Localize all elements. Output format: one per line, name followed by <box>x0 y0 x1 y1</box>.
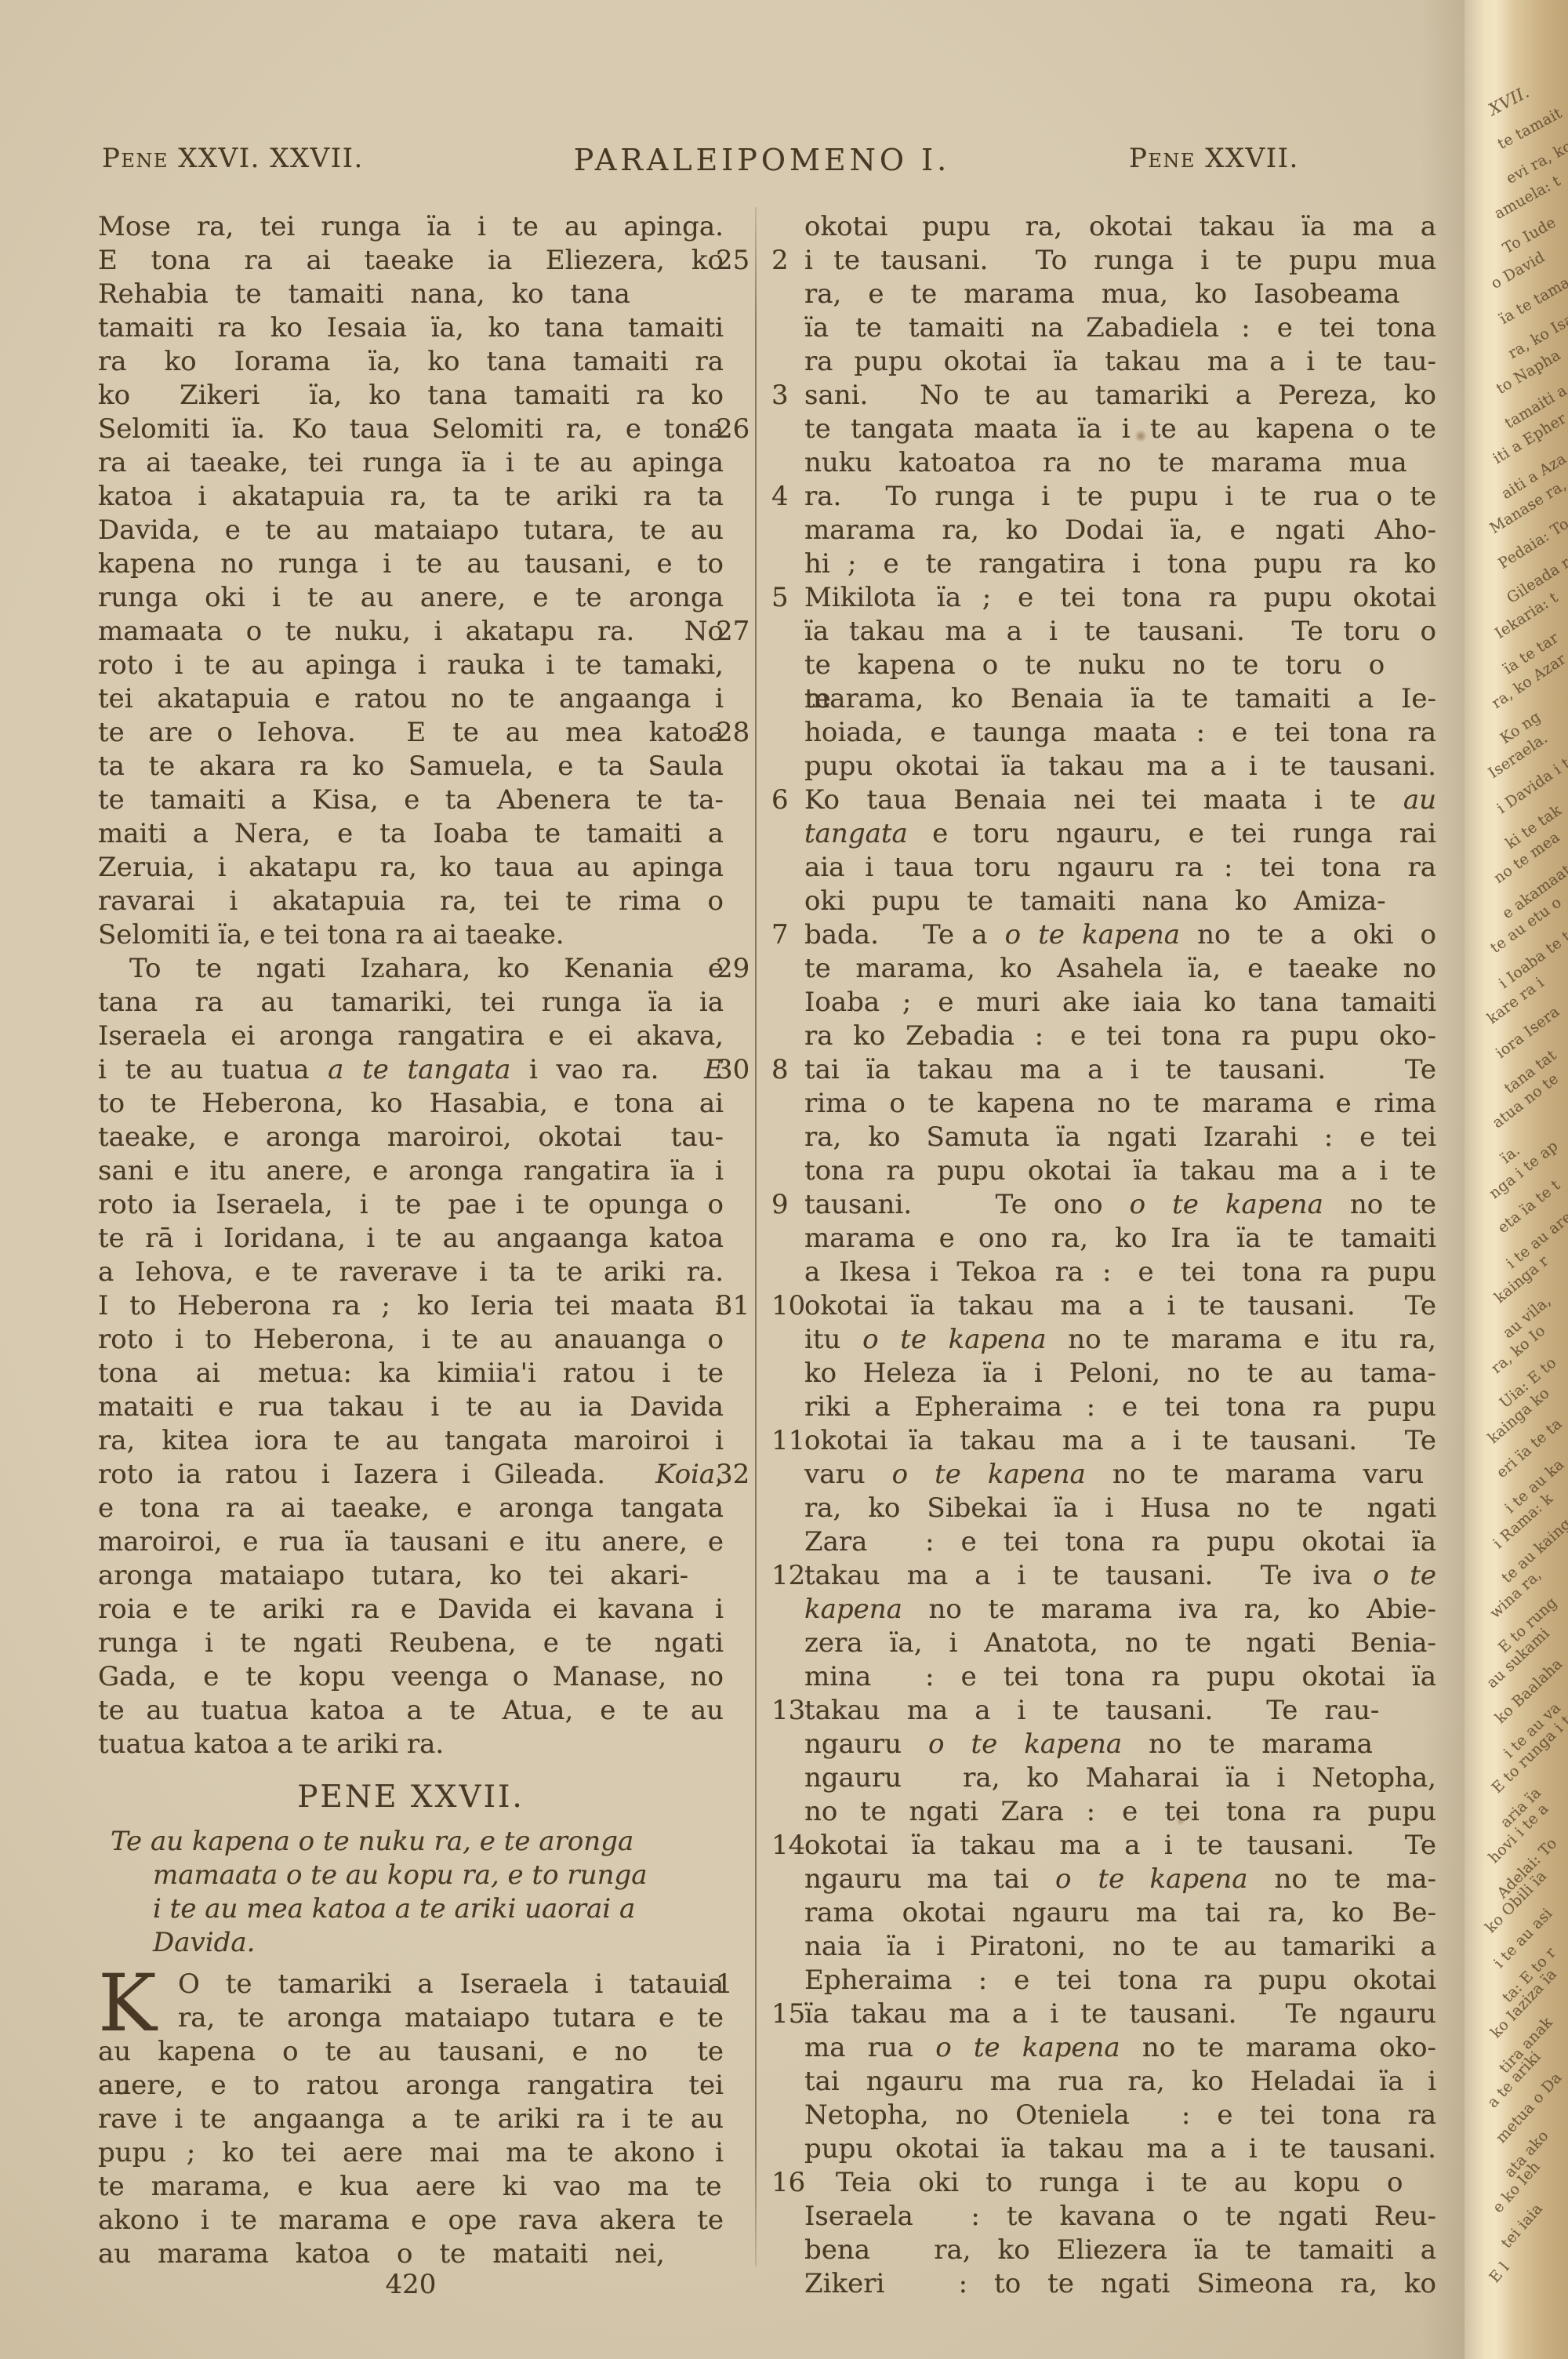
text-line: tei akatapuia e ratou no te angaanga i <box>98 682 724 716</box>
line-text: i te au tuatua a te tangata i vao ra. E <box>98 1054 724 1085</box>
running-header-center: PARALEIPOMENO I. <box>574 143 951 177</box>
chapter-summary-line: mamaata o te au kopu ra, e to runga <box>98 1859 724 1892</box>
line-text: tai ïa takau ma a i te tausani. Te <box>804 1054 1436 1085</box>
line-text: ra, ko Sibekai ïa i Husa no te ngati <box>804 1492 1436 1524</box>
text-line: Ko taua Benaia nei tei maata i te au6 <box>804 783 1436 817</box>
line-text: ra. To runga i te pupu i te rua o te <box>804 481 1436 512</box>
text-line: te marama, e kua aere ki vao ma te <box>98 2170 724 2204</box>
text-line: ko Zikeri ïa, ko tana tamaiti ra ko <box>98 379 724 413</box>
verse-number: 27 <box>716 615 757 649</box>
text-line: Iseraela : te kavana o te ngati Reu- <box>804 2200 1436 2234</box>
verse-number: 32 <box>716 1458 757 1492</box>
text-line: Netopha, no Oteniela : e tei tona ra <box>804 2099 1436 2132</box>
line-text: Rehabia te tamaiti nana, ko tana <box>98 278 630 310</box>
line-text: Davida, e te au mataiapo tutara, te au <box>98 514 724 546</box>
line-text: ra pupu okotai ïa takau ma a i te tau- <box>804 346 1436 377</box>
chapter-summary-line: Davida. <box>98 1926 724 1960</box>
line-text: maiti a Nera, e ta Ioaba te tamaiti a <box>98 818 724 849</box>
verse-number: 2 <box>771 244 801 278</box>
text-line: te tangata maata ïa i te au kapena o te <box>804 413 1436 446</box>
line-text: ra, ko Samuta ïa ngati Izarahi : e tei <box>804 1121 1436 1153</box>
line-text: katoa i akatapuia ra, ta te ariki ra ta <box>98 481 724 512</box>
line-text: ïa takau ma a i te tausani. Te toru o <box>804 616 1436 647</box>
line-text: aronga mataiapo tutara, ko tei akari- <box>98 1560 688 1591</box>
line-text: i te tausani. To runga i te pupu mua <box>804 245 1436 276</box>
text-line: roto ia ratou i Iazera i Gileada. Koia,3… <box>98 1458 724 1492</box>
text-line: rima o te kapena no te marama e rima <box>804 1087 1436 1121</box>
line-text: ra, te aronga mataiapo tutara e te <box>178 2002 724 2034</box>
line-text: Mose ra, tei runga ïa i te au apinga. <box>98 211 724 242</box>
line-text: tai ngauru ma rua ra, ko Heladai ïa i <box>804 2066 1436 2097</box>
line-text: Gada, e te kopu veenga o Manase, no <box>98 1661 724 1692</box>
text-line: tai ïa takau ma a i te tausani. Te8 <box>804 1053 1436 1087</box>
text-line: roia e te ariki ra e Davida ei kavana i <box>98 1593 724 1627</box>
text-line: tuatua katoa a te ariki ra. <box>98 1728 724 1761</box>
text-line: taeake, e aronga maroiroi, okotai tau- <box>98 1121 724 1154</box>
line-text: ma rua o te kapena no te marama oko- <box>804 2032 1436 2063</box>
line-text: roto i to Heberona, i te au anauanga o <box>98 1324 724 1355</box>
text-line: te rā i Ioridana, i te au angaanga katoa <box>98 1222 724 1256</box>
line-text: ko Zikeri ïa, ko tana tamaiti ra ko <box>98 380 724 411</box>
line-text: no te ngati Zara : e tei tona ra pupu <box>804 1796 1436 1827</box>
line-text: te au tuatua katoa a te Atua, e te au <box>98 1695 724 1726</box>
verse-number: 6 <box>771 783 801 817</box>
line-text: okotai pupu ra, okotai takau ïa ma a <box>804 211 1436 242</box>
text-line: te au tuatua katoa a te Atua, e te au <box>98 1694 724 1728</box>
text-line: Mikilota ïa ; e tei tona ra pupu okotai5 <box>804 581 1436 615</box>
line-text: taeake, e aronga maroiroi, okotai tau- <box>98 1121 724 1153</box>
verse-number: 3 <box>771 379 801 413</box>
verse-number: 7 <box>771 918 801 952</box>
line-text: rave i te angaanga a te ariki ra i te au <box>98 2103 724 2135</box>
book-page: Pene XXVI. XXVII. PARALEIPOMENO I. Pene … <box>0 0 1568 2359</box>
text-line: bena ra, ko Eliezera ïa te tamaiti a <box>804 2234 1436 2267</box>
line-text: kapena no runga i te au tausani, e to <box>98 548 724 580</box>
text-line: ngauru ma tai o te kapena no te ma- <box>804 1863 1436 1896</box>
line-text: te marama, e kua aere ki vao ma te <box>98 2171 722 2202</box>
text-line: ïa takau ma a i te tausani. Te toru o <box>804 615 1436 649</box>
text-line: Rehabia te tamaiti nana, ko tana <box>98 278 724 311</box>
line-text: varu o te kapena no te marama varu <box>804 1459 1424 1490</box>
text-line: roto i te au apinga i rauka i te tamaki, <box>98 649 724 682</box>
page-curl-text-fragment: XVII. <box>1486 82 1533 119</box>
line-text: ra ko Iorama ïa, ko tana tamaiti ra <box>98 346 724 377</box>
line-text: Ko taua Benaia nei tei maata i te au <box>804 784 1436 816</box>
verse-number: 28 <box>716 716 757 750</box>
text-line: kapena no te marama iva ra, ko Abie- <box>804 1593 1436 1627</box>
line-text: kapena no te marama iva ra, ko Abie- <box>804 1594 1436 1625</box>
page-curl-text-fragment: o David <box>1488 249 1548 293</box>
line-text: nuku katoatoa ra no te marama mua <box>804 447 1407 478</box>
line-text: bada. Te a o te kapena no te a oki o <box>804 919 1436 951</box>
text-line: rama okotai ngauru ma tai ra, ko Be- <box>804 1896 1436 1930</box>
line-text: roto ia ratou i Iazera i Gileada. Koia, <box>98 1459 724 1490</box>
verse-number: 16 <box>771 2166 801 2200</box>
text-line: te are o Iehova. E te au mea katoa28 <box>98 716 724 750</box>
line-text: ra ai taeake, tei runga ïa i te au aping… <box>98 447 724 478</box>
page-curl-text-fragment: To Iude <box>1500 214 1559 257</box>
text-line: a Iehova, e te raverave i ta te ariki ra… <box>98 1256 724 1289</box>
text-line: I to Heberona ra ; ko Ieria tei maata i3… <box>98 1289 724 1323</box>
line-text: Mikilota ïa ; e tei tona ra pupu okotai <box>804 582 1436 613</box>
line-text: ra ko Zebadia : e tei tona ra pupu oko- <box>804 1020 1436 1052</box>
right-text-column: okotai pupu ra, okotai takau ïa ma ai te… <box>804 210 1436 2301</box>
line-text: ra, e te marama mua, ko Iasobeama <box>804 278 1399 310</box>
running-header-left: Pene XXVI. XXVII. <box>102 143 364 174</box>
text-line: mina : e tei tona ra pupu okotai ïa <box>804 1660 1436 1694</box>
text-line: ravarai i akatapuia ra, tei te rima o <box>98 885 724 918</box>
text-line: takau ma a i te tausani. Te rau-13 <box>804 1694 1436 1728</box>
verse-number: 30 <box>716 1053 757 1087</box>
text-line: hi ; e te rangatira i tona pupu ra ko <box>804 547 1436 581</box>
text-line: marama ra, ko Dodai ïa, e ngati Aho- <box>804 514 1436 547</box>
text-line: ko Heleza ïa i Peloni, no te au tama- <box>804 1357 1436 1390</box>
text-line: maroiroi, e rua ïa tausani e itu anere, … <box>98 1525 724 1559</box>
verse-number: 15 <box>771 1997 801 2031</box>
line-text: marama, ko Benaia ïa te tamaiti a Ie- <box>804 683 1436 714</box>
verse-number: 12 <box>771 1559 801 1593</box>
text-line: Epheraima : e tei tona ra pupu okotai <box>804 1964 1436 1997</box>
line-text: anere, e to ratou aronga rangatira tei <box>98 2070 724 2101</box>
line-text: rima o te kapena no te marama e rima <box>804 1088 1436 1119</box>
text-line: roto i to Heberona, i te au anauanga o <box>98 1323 724 1357</box>
line-text: ngauru ma tai o te kapena no te ma- <box>804 1863 1436 1895</box>
line-text: te are o Iehova. E te au mea katoa <box>98 717 724 748</box>
text-line: pupu ; ko tei aere mai ma te akono i <box>98 2136 724 2170</box>
line-text: e tona ra ai taeake, e aronga tangata <box>98 1492 724 1524</box>
line-text: mina : e tei tona ra pupu okotai ïa <box>804 1661 1436 1692</box>
text-line: ngauru o te kapena no te marama <box>804 1728 1436 1761</box>
line-text: runga i te ngati Reubena, e te ngati <box>98 1627 724 1659</box>
line-text: ra, kitea iora te au tangata maroiroi i <box>98 1425 724 1456</box>
line-text: roto ia Iseraela, i te pae i te opunga o <box>98 1189 724 1220</box>
text-line: sani e itu anere, e aronga rangatira ïa … <box>98 1154 724 1188</box>
line-text: Zara : e tei tona ra pupu okotai ïa <box>804 1526 1436 1558</box>
text-line: Ioaba ; e muri ake iaia ko tana tamaiti <box>804 986 1436 1020</box>
chapter-summary-line: i te au mea katoa a te ariki uaorai a <box>98 1892 724 1926</box>
line-text: ïa te tamaiti na Zabadiela : e tei tona <box>804 312 1436 343</box>
line-text: zera ïa, i Anatota, no te ngati Benia- <box>804 1627 1436 1659</box>
text-line: anere, e to ratou aronga rangatira tei <box>98 2069 724 2103</box>
line-text: ngauru o te kapena no te marama <box>804 1728 1373 1760</box>
text-line: ïa te tamaiti na Zabadiela : e tei tona <box>804 311 1436 345</box>
text-line: ra, te aronga mataiapo tutara e te <box>98 2001 724 2035</box>
text-line: ra, kitea iora te au tangata maroiroi i <box>98 1424 724 1458</box>
line-text: bena ra, ko Eliezera ïa te tamaiti a <box>804 2234 1436 2266</box>
line-text: To te ngati Izahara, ko Kenania e <box>129 953 724 984</box>
text-line: okotai ïa takau ma a i te tausani. Te10 <box>804 1289 1436 1323</box>
line-text: ïa takau ma a i te tausani. Te ngauru <box>804 1998 1436 2030</box>
text-line: tai ngauru ma rua ra, ko Heladai ïa i <box>804 2065 1436 2099</box>
text-line: a Ikesa i Tekoa ra : e tei tona ra pupu <box>804 1256 1436 1289</box>
line-text: au marama katoa o te mataiti nei, <box>98 2238 665 2270</box>
verse-number: 29 <box>716 952 757 986</box>
verse-number: 8 <box>771 1053 801 1087</box>
text-line: riki a Epheraima : e tei tona ra pupu <box>804 1390 1436 1424</box>
text-line: naia ïa i Piratoni, no te au tamariki a <box>804 1930 1436 1964</box>
text-line: marama e ono ra, ko Ira ïa te tamaiti <box>804 1222 1436 1256</box>
text-line: ra, ko Samuta ïa ngati Izarahi : e tei <box>804 1121 1436 1154</box>
line-text: akono i te marama e ope rava akera te <box>98 2205 724 2236</box>
page-curl-text-fragment: E l <box>1486 2259 1512 2286</box>
line-text: marama e ono ra, ko Ira ïa te tamaiti <box>804 1223 1436 1254</box>
text-line: ngauru ra, ko Maharai ïa i Netopha, <box>804 1761 1436 1795</box>
line-text: ravarai i akatapuia ra, tei te rima o <box>98 885 724 917</box>
text-line: Teia oki to runga i te au kopu o16 <box>804 2166 1436 2200</box>
line-text: itu o te kapena no te marama e itu ra, <box>804 1324 1436 1355</box>
line-text: ta te akara ra ko Samuela, e ta Saula <box>98 751 724 782</box>
line-text: pupu okotai ïa takau ma a i te tausani. <box>804 2133 1436 2165</box>
line-text: tona ra pupu okotai ïa takau ma a i te <box>804 1155 1436 1187</box>
text-line: To te ngati Izahara, ko Kenania e29 <box>98 952 724 986</box>
text-line: zera ïa, i Anatota, no te ngati Benia- <box>804 1627 1436 1660</box>
line-text: Selomiti ïa, e tei tona ra ai taeake. <box>98 919 564 951</box>
line-text: tamaiti ra ko Iesaia ïa, ko tana tamaiti <box>98 312 724 343</box>
line-text: Selomiti ïa. Ko taua Selomiti ra, e tona <box>98 413 724 445</box>
text-line: ta te akara ra ko Samuela, e ta Saula <box>98 750 724 783</box>
text-line: hoiada, e taunga maata : e tei tona ra <box>804 716 1436 750</box>
line-text: hi ; e te rangatira i tona pupu ra ko <box>804 548 1436 580</box>
line-text: Zikeri : to te ngati Simeona ra, ko <box>804 2268 1436 2299</box>
text-line: ra ai taeake, tei runga ïa i te au aping… <box>98 446 724 480</box>
text-line: okotai pupu ra, okotai takau ïa ma a <box>804 210 1436 244</box>
text-line: tamaiti ra ko Iesaia ïa, ko tana tamaiti <box>98 311 724 345</box>
text-line: sani. No te au tamariki a Pereza, ko3 <box>804 379 1436 413</box>
line-text: takau ma a i te tausani. Te iva o te <box>804 1560 1436 1591</box>
left-text-column: Mose ra, tei runga ïa i te au apinga.E t… <box>98 210 724 2271</box>
line-text: roto i te au apinga i rauka i te tamaki, <box>98 649 724 681</box>
text-line: ïa takau ma a i te tausani. Te ngauru15 <box>804 1997 1436 2031</box>
line-text: sani e itu anere, e aronga rangatira ïa … <box>98 1155 724 1187</box>
line-text: aia i taua toru ngauru ra : tei tona ra <box>804 852 1436 883</box>
text-line: Davida, e te au mataiapo tutara, te au <box>98 514 724 547</box>
verse-number: 31 <box>716 1289 757 1323</box>
page-curl-text-fragment: amuela: t <box>1491 172 1563 222</box>
line-text: marama ra, ko Dodai ïa, e ngati Aho- <box>804 514 1436 546</box>
verse-number: 13 <box>771 1694 801 1728</box>
text-line: Gada, e te kopu veenga o Manase, no <box>98 1660 724 1694</box>
line-text: okotai ïa takau ma a i te tausani. Te <box>804 1830 1436 1861</box>
line-text: okotai ïa takau ma a i te tausani. Te <box>804 1425 1436 1456</box>
text-line: varu o te kapena no te marama varu <box>804 1458 1436 1492</box>
text-line: runga i te ngati Reubena, e te ngati <box>98 1627 724 1660</box>
line-text: pupu okotai ïa takau ma a i te tausani. <box>804 751 1436 782</box>
line-text: a Ikesa i Tekoa ra : e tei tona ra pupu <box>804 1256 1436 1288</box>
line-text: mataiti e rua takau i te au ia Davida <box>98 1391 724 1423</box>
text-line: Zara : e tei tona ra pupu okotai ïa <box>804 1525 1436 1559</box>
line-text: naia ïa i Piratoni, no te au tamariki a <box>804 1931 1436 1962</box>
text-line: ra ko Zebadia : e tei tona ra pupu oko- <box>804 1020 1436 1053</box>
line-text: riki a Epheraima : e tei tona ra pupu <box>804 1391 1436 1423</box>
text-line: Selomiti ïa, e tei tona ra ai taeake. <box>98 918 724 952</box>
text-line: au marama katoa o te mataiti nei, <box>98 2237 724 2271</box>
text-line: nuku katoatoa ra no te marama mua <box>804 446 1436 480</box>
line-text: roia e te ariki ra e Davida ei kavana i <box>98 1594 724 1625</box>
verse-number: 25 <box>716 244 757 278</box>
text-line: ra ko Iorama ïa, ko tana tamaiti ra <box>98 345 724 379</box>
text-line: pupu okotai ïa takau ma a i te tausani. <box>804 750 1436 783</box>
line-text: I to Heberona ra ; ko Ieria tei maata i <box>98 1290 724 1321</box>
line-text: maroiroi, e rua ïa tausani e itu anere, … <box>98 1526 724 1558</box>
line-text: tei akatapuia e ratou no te angaanga i <box>98 683 724 714</box>
text-line: roto ia Iseraela, i te pae i te opunga o <box>98 1188 724 1222</box>
text-line: tangata e toru ngauru, e tei runga rai <box>804 817 1436 851</box>
text-line: E tona ra ai taeake ia Eliezera, ko25 <box>98 244 724 278</box>
verse-number: 5 <box>771 581 801 615</box>
text-line: kapena no runga i te au tausani, e to <box>98 547 724 581</box>
text-line: tana ra au tamariki, tei runga ïa ia <box>98 986 724 1020</box>
line-text: oki pupu te tamaiti nana ko Amiza- <box>804 885 1386 917</box>
line-text: sani. No te au tamariki a Pereza, ko <box>804 380 1436 411</box>
verse-number: 4 <box>771 480 801 514</box>
text-line: ra, e te marama mua, ko Iasobeama <box>804 278 1436 311</box>
line-text: te tamaiti a Kisa, e ta Abenera te ta- <box>98 784 724 816</box>
line-text: rama okotai ngauru ma tai ra, ko Be- <box>804 1897 1436 1928</box>
text-line: ra pupu okotai ïa takau ma a i te tau- <box>804 345 1436 379</box>
text-line: akono i te marama e ope rava akera te <box>98 2204 724 2237</box>
chapter-heading: PENE XXVII. <box>98 1780 724 1814</box>
text-line: runga oki i te au anere, e te aronga <box>98 581 724 615</box>
text-line: tausani. Te ono o te kapena no te9 <box>804 1188 1436 1222</box>
line-text: te marama, ko Asahela ïa, e taeake no <box>804 953 1436 984</box>
line-text: hoiada, e taunga maata : e tei tona ra <box>804 717 1436 748</box>
line-text: E tona ra ai taeake ia Eliezera, ko <box>98 245 724 276</box>
text-line: aronga mataiapo tutara, ko tei akari- <box>98 1559 724 1593</box>
line-text: tana ra au tamariki, tei runga ïa ia <box>98 987 724 1018</box>
text-line: Iseraela ei aronga rangatira e ei akava, <box>98 1020 724 1053</box>
text-line: mataiti e rua takau i te au ia Davida <box>98 1390 724 1424</box>
text-line: ra. To runga i te pupu i te rua o te4 <box>804 480 1436 514</box>
text-line: takau ma a i te tausani. Te iva o te12 <box>804 1559 1436 1593</box>
text-line: to te Heberona, ko Hasabia, e tona ai <box>98 1087 724 1121</box>
running-header-right: Pene XXVII. <box>1129 143 1299 174</box>
text-line: te tamaiti a Kisa, e ta Abenera te ta- <box>98 783 724 817</box>
text-line: Selomiti ïa. Ko taua Selomiti ra, e tona… <box>98 413 724 446</box>
line-text: te tangata maata ïa i te au kapena o te <box>804 413 1436 445</box>
text-line: Mose ra, tei runga ïa i te au apinga. <box>98 210 724 244</box>
line-text: ngauru ra, ko Maharai ïa i Netopha, <box>804 1762 1436 1794</box>
line-text: Ioaba ; e muri ake iaia ko tana tamaiti <box>804 987 1436 1018</box>
column-divider-rule <box>755 207 757 2266</box>
text-line: KO te tamariki a Iseraela i tatauia1 <box>98 1968 724 2001</box>
text-line: bada. Te a o te kapena no te a oki o7 <box>804 918 1436 952</box>
verse-number: 9 <box>771 1188 801 1222</box>
line-text: te rā i Ioridana, i te au angaanga katoa <box>98 1223 724 1254</box>
line-text: Netopha, no Oteniela : e tei tona ra <box>804 2099 1436 2131</box>
text-line: okotai ïa takau ma a i te tausani. Te11 <box>804 1424 1436 1458</box>
text-line: Zikeri : to te ngati Simeona ra, ko <box>804 2267 1436 2301</box>
line-text: runga oki i te au anere, e te aronga <box>98 582 724 613</box>
text-line: rave i te angaanga a te ariki ra i te au <box>98 2103 724 2136</box>
text-line: i te au tuatua a te tangata i vao ra. E3… <box>98 1053 724 1087</box>
text-line: te kapena o te nuku no te toru o te <box>804 649 1436 682</box>
line-text: a Iehova, e te raverave i ta te ariki ra… <box>98 1256 724 1288</box>
verse-number: 11 <box>771 1424 801 1458</box>
chapter-summary-line: Te au kapena o te nuku ra, e te aronga <box>98 1825 724 1859</box>
line-text: pupu ; ko tei aere mai ma te akono i <box>98 2137 724 2168</box>
line-text: Zeruia, i akatapu ra, ko taua au apinga <box>98 852 724 883</box>
line-text: tona ai metua: ka kimiia'i ratou i te <box>98 1358 724 1389</box>
text-line: Zeruia, i akatapu ra, ko taua au apinga <box>98 851 724 885</box>
text-line: itu o te kapena no te marama e itu ra, <box>804 1323 1436 1357</box>
text-line: i te tausani. To runga i te pupu mua2 <box>804 244 1436 278</box>
text-line: pupu okotai ïa takau ma a i te tausani. <box>804 2132 1436 2166</box>
page-number: 420 <box>98 2269 724 2300</box>
verse-number: 10 <box>771 1289 801 1323</box>
text-line: te marama, ko Asahela ïa, e taeake no <box>804 952 1436 986</box>
line-text: to te Heberona, ko Hasabia, e tona ai <box>98 1088 724 1119</box>
text-line: marama, ko Benaia ïa te tamaiti a Ie- <box>804 682 1436 716</box>
verse-number: 26 <box>716 413 757 446</box>
text-line: au kapena o te au tausani, e no te au <box>98 2035 724 2069</box>
text-line: tona ra pupu okotai ïa takau ma a i te <box>804 1154 1436 1188</box>
line-text: O te tamariki a Iseraela i tatauia <box>178 1968 724 2000</box>
line-text: Epheraima : e tei tona ra pupu okotai <box>804 1965 1436 1996</box>
line-text: takau ma a i te tausani. Te rau- <box>804 1695 1379 1726</box>
text-line: ra, ko Sibekai ïa i Husa no te ngati <box>804 1492 1436 1525</box>
line-text: Teia oki to runga i te au kopu o <box>836 2167 1403 2198</box>
text-line: oki pupu te tamaiti nana ko Amiza- <box>804 885 1436 918</box>
text-line: tona ai metua: ka kimiia'i ratou i te <box>98 1357 724 1390</box>
text-line: e tona ra ai taeake, e aronga tangata <box>98 1492 724 1525</box>
verse-number: 1 <box>716 1968 757 2001</box>
text-line: okotai ïa takau ma a i te tausani. Te14 <box>804 1829 1436 1863</box>
page-curl-edge: XVII.te tamaitevi ra, koamuela: tTo Iude… <box>1465 0 1568 2359</box>
line-text: Iseraela ei aronga rangatira e ei akava, <box>98 1020 724 1052</box>
line-text: tausani. Te ono o te kapena no te <box>804 1189 1436 1220</box>
line-text: Iseraela : te kavana o te ngati Reu- <box>804 2201 1436 2232</box>
text-line: katoa i akatapuia ra, ta te ariki ra ta <box>98 480 724 514</box>
verse-number: 14 <box>771 1829 801 1863</box>
text-line: no te ngati Zara : e tei tona ra pupu <box>804 1795 1436 1829</box>
line-text: tuatua katoa a te ariki ra. <box>98 1728 444 1760</box>
line-text: mamaata o te nuku, i akatapu ra. No <box>98 616 724 647</box>
text-line: maiti a Nera, e ta Ioaba te tamaiti a <box>98 817 724 851</box>
line-text: tangata e toru ngauru, e tei runga rai <box>804 818 1436 849</box>
text-line: mamaata o te nuku, i akatapu ra. No27 <box>98 615 724 649</box>
line-text: ko Heleza ïa i Peloni, no te au tama- <box>804 1358 1436 1389</box>
line-text: okotai ïa takau ma a i te tausani. Te <box>804 1290 1436 1321</box>
text-line: aia i taua toru ngauru ra : tei tona ra <box>804 851 1436 885</box>
text-line: ma rua o te kapena no te marama oko- <box>804 2031 1436 2065</box>
